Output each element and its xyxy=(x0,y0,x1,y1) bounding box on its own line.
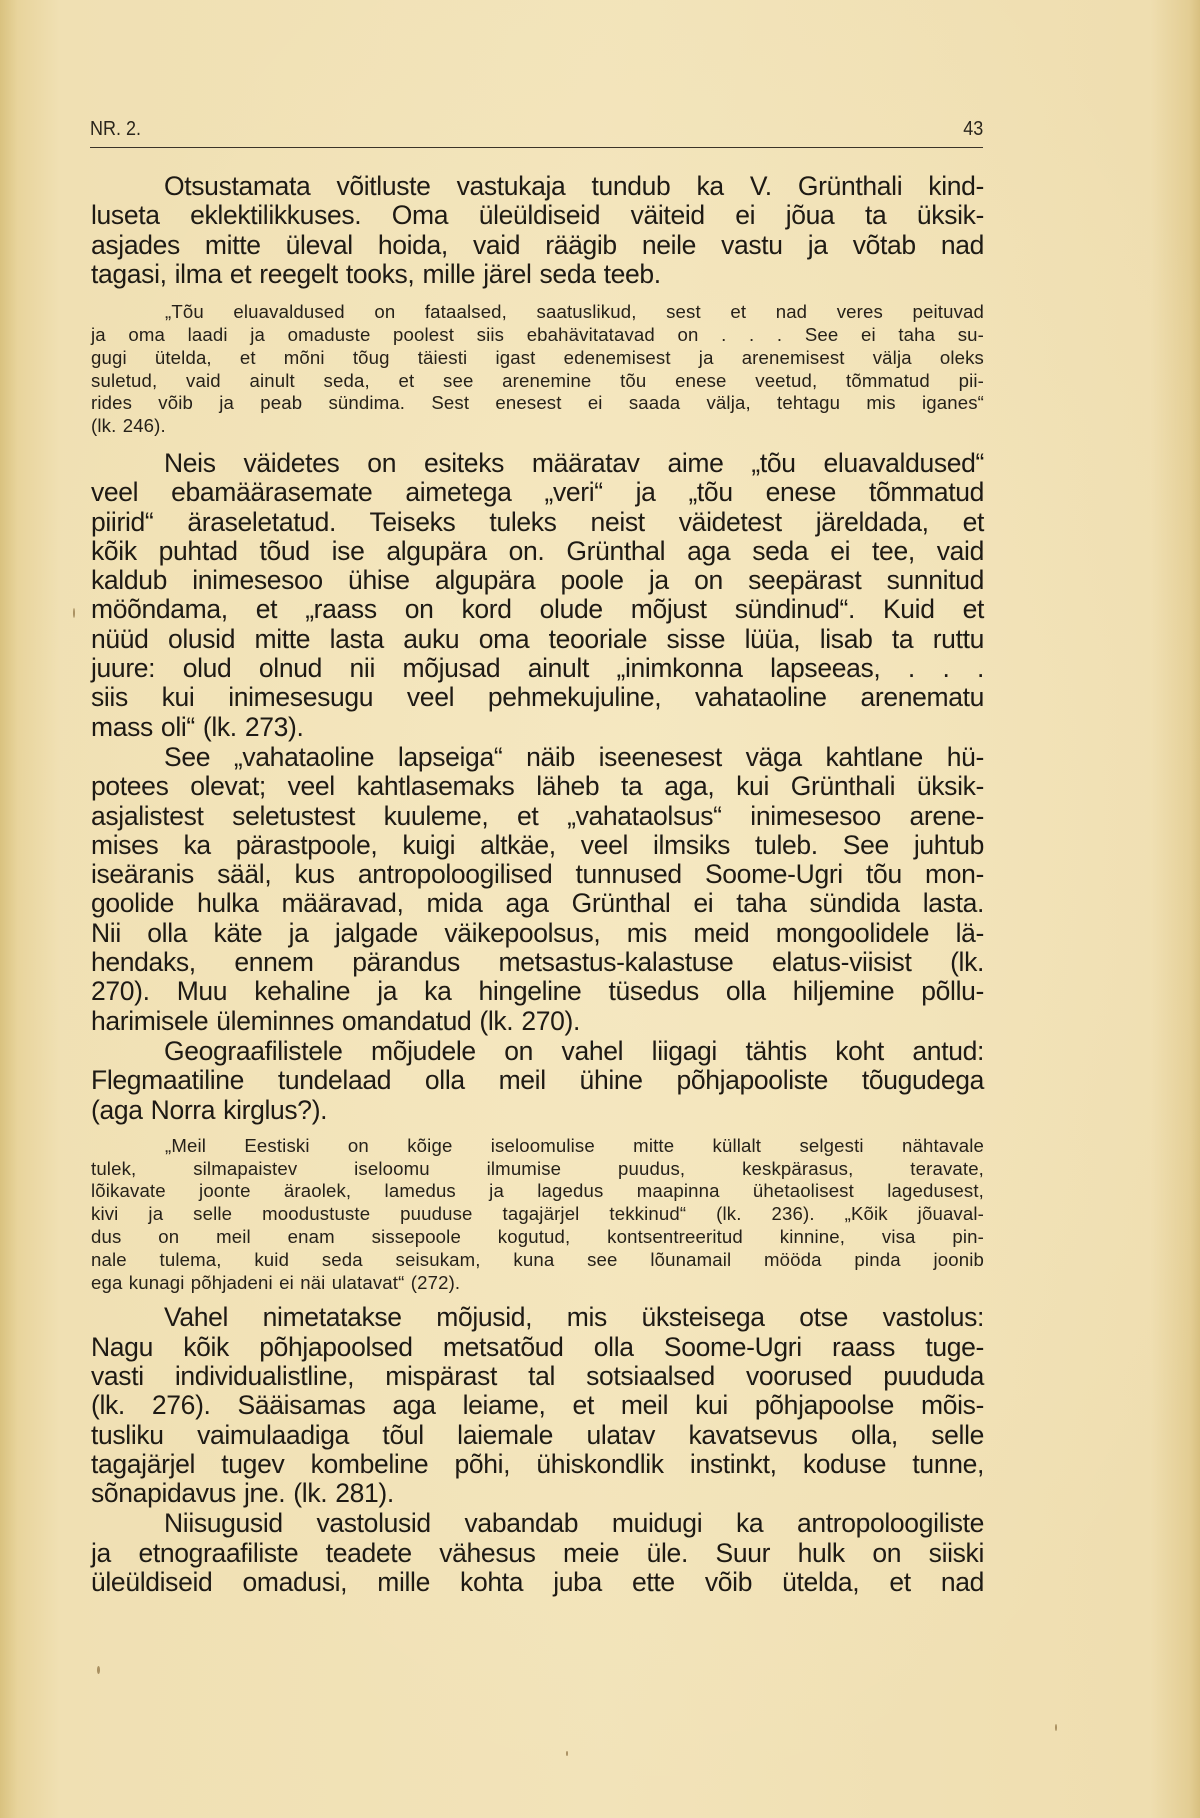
quote-line: „Meil Eestiski on kõige iseloomulise mit… xyxy=(91,1135,984,1158)
paper-speck xyxy=(566,1751,568,1756)
text-line: potees olevat; veel kahtlasemaks läheb t… xyxy=(91,772,984,801)
block-quote: „Tõu eluavaldused on fataalsed, saatusli… xyxy=(91,301,984,438)
text-line: tagajärjel tugev kombeline põhi, ühiskon… xyxy=(91,1450,984,1479)
text-line: See „vahataoline lapseiga“ näib iseenese… xyxy=(91,743,984,772)
text-line: mises ka pärastpoole, kuigi altkäe, veel… xyxy=(91,831,984,860)
paper-speck xyxy=(1055,1724,1057,1731)
quote-line: ega kunagi põhjadeni ei näi ulatavat“ (2… xyxy=(91,1272,984,1295)
paragraph: Geograafilistele mõjudele on vahel liiga… xyxy=(91,1037,984,1125)
text-line: Vahel nimetatakse mõjusid, mis üksteiseg… xyxy=(91,1303,984,1332)
text-line: harimisele üleminnes omandatud (lk. 270)… xyxy=(91,1007,984,1036)
text-line: Nagu kõik põhjapoolsed metsatõud olla So… xyxy=(91,1333,984,1362)
page-number: 43 xyxy=(963,118,983,141)
running-header: NR. 2. 43 xyxy=(90,118,983,148)
paragraph: Neis väidetes on esiteks määratav aime „… xyxy=(91,449,984,742)
quote-line: kivi ja selle moodustuste puuduse tagajä… xyxy=(91,1203,984,1226)
text-line: kaldub inimesesoo ühise algupära poole j… xyxy=(91,566,984,595)
quote-line: rides võib ja peab sündima. Sest enesest… xyxy=(91,392,984,415)
quote-line: gugi ütelda, et mõni tõug täiesti igast … xyxy=(91,347,984,370)
paragraph: Vahel nimetatakse mõjusid, mis üksteiseg… xyxy=(91,1303,984,1508)
quote-line: nale tulema, kuid seda seisukam, kuna se… xyxy=(91,1249,984,1272)
text-line: kõik puhtad tõud ise algupära on. Grünth… xyxy=(91,537,984,566)
quote-line: tulek, silmapaistev iseloomu ilmumise pu… xyxy=(91,1158,984,1181)
quote-line: „Tõu eluavaldused on fataalsed, saatusli… xyxy=(91,301,984,324)
text-line: sõnapidavus jne. (lk. 281). xyxy=(91,1479,984,1508)
text-line: juure: olud olnud nii mõjusad ainult „in… xyxy=(91,654,984,683)
paper-speck xyxy=(73,608,75,618)
text-line: Niisugusid vastolusid vabandab muidugi k… xyxy=(91,1509,984,1538)
text-line: tusliku vaimulaadiga tõul laiemale ulata… xyxy=(91,1421,984,1450)
text-line: siis kui inimesesugu veel pehmekujuline,… xyxy=(91,683,984,712)
quote-line: suletud, vaid ainult seda, et see arenem… xyxy=(91,370,984,393)
quote-line: ja oma laadi ja omaduste poolest siis eb… xyxy=(91,324,984,347)
quote-line: dus on meil enam sissepoole kogutud, kon… xyxy=(91,1226,984,1249)
text-line: üleüldiseid omadusi, mille kohta juba et… xyxy=(91,1568,984,1597)
block-quote: „Meil Eestiski on kõige iseloomulise mit… xyxy=(91,1135,984,1295)
text-line: Geograafilistele mõjudele on vahel liiga… xyxy=(91,1037,984,1066)
text-line: luseta eklektilikkuses. Oma üleüldiseid … xyxy=(91,201,984,230)
text-line: piirid“ äraseletatud. Teiseks tuleks nei… xyxy=(91,508,984,537)
text-line: tagasi, ilma et reegelt tooks, mille jär… xyxy=(91,260,984,289)
text-line: (aga Norra kirglus?). xyxy=(91,1096,984,1125)
text-line: asjades mitte üleval hoida, vaid räägib … xyxy=(91,231,984,260)
text-line: goolide hulka määravad, mida aga Grüntha… xyxy=(91,889,984,918)
text-line: (lk. 276). Sääisamas aga leiame, et meil… xyxy=(91,1391,984,1420)
text-line: mass oli“ (lk. 273). xyxy=(91,713,984,742)
scanned-page: NR. 2. 43 Otsustamata võitluste vastukaj… xyxy=(0,0,1200,1818)
text-line: 270). Muu kehaline ja ka hingeline tüsed… xyxy=(91,977,984,1006)
text-line: möõndama, et „raass on kord olude mõjust… xyxy=(91,595,984,624)
text-line: Flegmaatiline tundelaad olla meil ühine … xyxy=(91,1066,984,1095)
quote-line: lõikavate joonte äraolek, lamedus ja lag… xyxy=(91,1180,984,1203)
text-line: iseäranis sääl, kus antropoloogilised tu… xyxy=(91,860,984,889)
text-line: nüüd olusid mitte lasta auku oma teooria… xyxy=(91,625,984,654)
text-line: Otsustamata võitluste vastukaja tundub k… xyxy=(91,172,984,201)
text-line: asjalistest seletustest kuuleme, et „vah… xyxy=(91,802,984,831)
text-line: vasti individualistline, mispärast tal s… xyxy=(91,1362,984,1391)
article-body: Otsustamata võitluste vastukaja tundub k… xyxy=(91,172,984,1597)
text-line: Nii olla käte ja jalgade väikepoolsus, m… xyxy=(91,919,984,948)
text-line: veel ebamäärasemate aimetega „veri“ ja „… xyxy=(91,478,984,507)
paper-speck xyxy=(262,1430,264,1434)
paragraph: Niisugusid vastolusid vabandab muidugi k… xyxy=(91,1509,984,1597)
text-line: Neis väidetes on esiteks määratav aime „… xyxy=(91,449,984,478)
text-line: ja etnograafiliste teadete vähesus meie … xyxy=(91,1539,984,1568)
paper-speck xyxy=(97,1666,100,1674)
paragraph: Otsustamata võitluste vastukaja tundub k… xyxy=(91,172,984,289)
paragraph: See „vahataoline lapseiga“ näib iseenese… xyxy=(91,743,984,1036)
text-line: hendaks, ennem pärandus metsastus-kalast… xyxy=(91,948,984,977)
issue-number: NR. 2. xyxy=(90,118,141,141)
quote-line: (lk. 246). xyxy=(91,415,984,438)
header-rule xyxy=(90,147,983,148)
